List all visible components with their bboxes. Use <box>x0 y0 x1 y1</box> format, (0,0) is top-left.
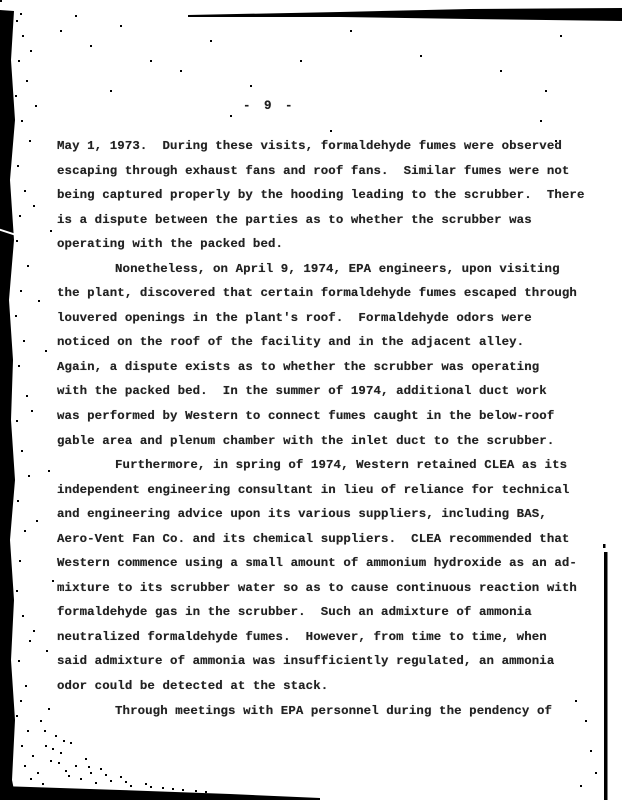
text-line: mixture to its scrubber water so as to c… <box>57 576 605 601</box>
text-line: Through meetings with EPA personnel duri… <box>57 699 605 724</box>
text-line: gable area and plenum chamber with the i… <box>57 429 605 454</box>
text-line: Aero-Vent Fan Co. and its chemical suppl… <box>57 527 605 552</box>
text-line: noticed on the roof of the facility and … <box>57 330 605 355</box>
text-line: Furthermore, in spring of 1974, Western … <box>57 453 605 478</box>
page-number: - 9 - <box>243 99 296 113</box>
left-edge-artifact <box>0 10 16 800</box>
text-line: the plant, discovered that certain forma… <box>57 281 605 306</box>
text-line: Western commence using a small amount of… <box>57 551 605 576</box>
text-line: odor could be detected at the stack. <box>57 674 605 699</box>
text-line: operating with the packed bed. <box>57 232 605 257</box>
text-line: escaping through exhaust fans and roof f… <box>57 159 605 184</box>
scanned-document-page: - 9 - May 1, 1973. During these visits, … <box>0 0 622 800</box>
document-body: May 1, 1973. During these visits, formal… <box>57 134 605 723</box>
text-line: formaldehyde gas in the scrubber. Such a… <box>57 600 605 625</box>
text-line: Nonetheless, on April 9, 1974, EPA engin… <box>57 257 605 282</box>
text-line: independent engineering consultant in li… <box>57 478 605 503</box>
text-line: neutralized formaldehyde fumes. However,… <box>57 625 605 650</box>
bottom-edge-artifact <box>0 786 320 800</box>
text-line: said admixture of ammonia was insufficie… <box>57 649 605 674</box>
text-line: being captured properly by the hooding l… <box>57 183 605 208</box>
text-line: Again, a dispute exists as to whether th… <box>57 355 605 380</box>
text-line: was performed by Western to connect fume… <box>57 404 605 429</box>
top-edge-artifact <box>188 8 622 21</box>
text-line: May 1, 1973. During these visits, formal… <box>57 134 605 159</box>
speckle-noise-scattered <box>0 0 2 2</box>
text-line: and engineering advice upon its various … <box>57 502 605 527</box>
left-strip-crack <box>0 228 22 237</box>
text-line: louvered openings in the plant's roof. F… <box>57 306 605 331</box>
text-line: with the packed bed. In the summer of 19… <box>57 379 605 404</box>
text-line: is a dispute between the parties as to w… <box>57 208 605 233</box>
